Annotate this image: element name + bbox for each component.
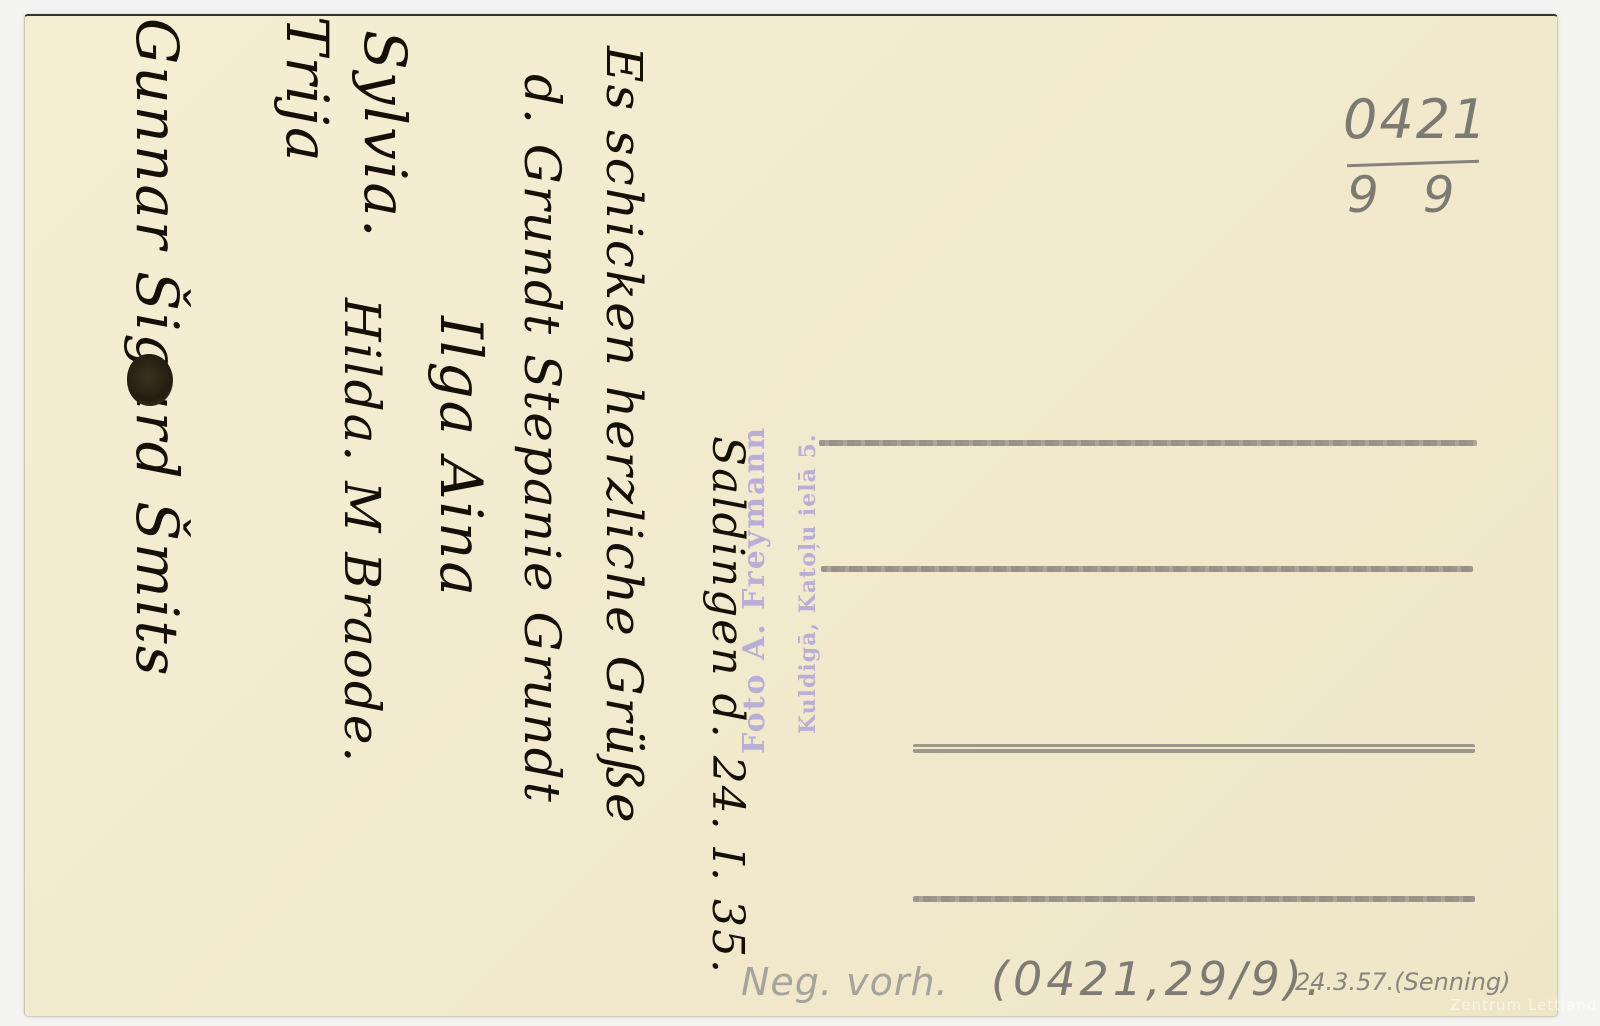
handwriting-name-gunnar: Gunnar Šigurd Šmits bbox=[123, 18, 191, 678]
handwriting-names-ilga-aina: Ilga Aina bbox=[427, 316, 495, 598]
handwriting-greeting: Es schicken herzliche Grüße bbox=[595, 46, 653, 825]
address-line-4 bbox=[913, 896, 1475, 902]
handwriting-names-grundt: d. Grundt Stepanie Grundt bbox=[513, 74, 571, 804]
handwriting-name-trija: Trija bbox=[273, 16, 341, 164]
negative-note-label: Neg. vorh. bbox=[741, 960, 949, 1004]
photographer-stamp-address: Kuldigā, Katoļu ielā 5. bbox=[795, 433, 821, 734]
ink-blot bbox=[127, 354, 173, 406]
address-line-3 bbox=[913, 744, 1475, 753]
archive-number: 0421 bbox=[1343, 88, 1488, 151]
handwriting-name-sylvia: Sylvia. bbox=[351, 30, 419, 239]
archive-subnumber: 9 9 bbox=[1347, 166, 1469, 224]
address-line-2 bbox=[821, 566, 1473, 572]
negative-reference: (0421,29/9). bbox=[991, 952, 1325, 1006]
handwriting-names-hilda: Hilda. M Braode. bbox=[333, 298, 391, 764]
negative-date-note: 24.3.57.(Senning) bbox=[1295, 968, 1511, 996]
postcard-back: Saldingen d. 24. I. 35. Es schicken herz… bbox=[24, 14, 1558, 1017]
address-line-1 bbox=[819, 440, 1477, 446]
watermark: Zentrum Lettland bbox=[1450, 996, 1597, 1014]
photographer-stamp-name: Foto A. Freymann bbox=[737, 426, 772, 754]
